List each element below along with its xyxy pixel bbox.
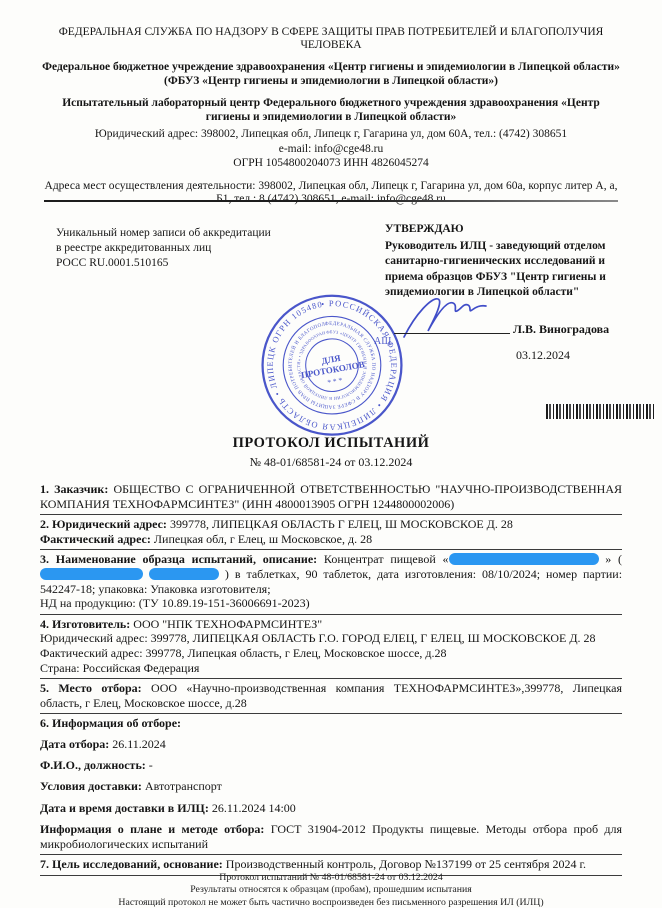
accreditation-line1: Уникальный номер записи об аккредитации <box>56 226 306 241</box>
stamp-initials-mark: АШ <box>374 336 391 347</box>
field-label: 3. Наименование образца испытаний, описа… <box>40 552 324 566</box>
section-line: Условия доставки: Автотранспорт <box>40 779 622 794</box>
field-label: 2. Юридический адрес: <box>40 517 170 531</box>
email-line: e-mail: info@cge48.ru <box>40 143 622 157</box>
section-line: 2. Юридический адрес: 399778, ЛИПЕЦКАЯ О… <box>40 517 622 532</box>
approval-title: УТВЕРЖДАЮ <box>385 222 632 238</box>
section-row-group: 3. Наименование образца испытаний, описа… <box>40 550 622 614</box>
stamp-stars: * * * <box>327 375 344 387</box>
footer-results-note: Результаты относятся к образцам (пробам)… <box>0 884 662 896</box>
section-line: Ф.И.О., должность: - <box>40 758 622 773</box>
section-row-group: 6. Информация об отборе:Дата отбора: 26.… <box>40 714 622 855</box>
federal-service-name: ФЕДЕРАЛЬНАЯ СЛУЖБА ПО НАДЗОРУ В СФЕРЕ ЗА… <box>40 26 622 52</box>
ogrn-inn-line: ОГРН 1054800204073 ИНН 4826045274 <box>40 157 622 171</box>
field-label: Фактический адрес: <box>40 532 154 546</box>
section-line: 7. Цель исследований, основание: Произво… <box>40 857 622 872</box>
signer-name: Л.В. Виноградова <box>513 322 609 337</box>
activity-addresses: Адреса мест осуществления деятельности: … <box>40 180 622 207</box>
barcode <box>546 404 656 419</box>
redaction-pill <box>149 568 219 580</box>
organization-name: Федеральное бюджетное учреждение здравоо… <box>40 61 622 88</box>
protocol-title-block: ПРОТОКОЛ ИСПЫТАНИЙ № 48-01/68581-24 от 0… <box>0 435 662 470</box>
accreditation-number: РОСС RU.0001.510165 <box>56 256 306 271</box>
section-line: 3. Наименование образца испытаний, описа… <box>40 552 622 596</box>
laboratory-center-name: Испытательный лабораторный центр Федерал… <box>40 97 622 124</box>
section-line: Дата и время доставки в ИЛЦ: 26.11.2024 … <box>40 801 622 816</box>
section-line: 1. Заказчик: ОБЩЕСТВО С ОГРАНИЧЕННОЙ ОТВ… <box>40 482 622 511</box>
section-row-group: 4. Изготовитель: ООО "НПК ТЕХНОФАРМСИНТЕ… <box>40 615 622 679</box>
letterhead: ФЕДЕРАЛЬНАЯ СЛУЖБА ПО НАДЗОРУ В СФЕРЕ ЗА… <box>40 26 622 207</box>
field-label: 5. Место отбора: <box>40 681 151 695</box>
field-label: 1. Заказчик: <box>40 482 113 496</box>
section-line: Юридический адрес: 399778, ЛИПЕЦКАЯ ОБЛА… <box>40 631 622 646</box>
section-line: Дата отбора: 26.11.2024 <box>40 737 622 752</box>
section-line: Фактический адрес: 399778, Липецкая обла… <box>40 646 622 661</box>
field-label: Ф.И.О., должность: <box>40 758 149 772</box>
field-label: 7. Цель исследований, основание: <box>40 857 226 871</box>
section-line: Страна: Российская Федерация <box>40 661 622 676</box>
field-label: Дата и время доставки в ИЛЦ: <box>40 801 212 815</box>
section-row-group: 2. Юридический адрес: 399778, ЛИПЕЦКАЯ О… <box>40 515 622 550</box>
section-line: 5. Место отбора: ООО «Научно-производств… <box>40 681 622 710</box>
footer-copy-restriction: Настоящий протокол не может быть частичн… <box>0 897 662 908</box>
field-label: Информация о плане и методе отбора: <box>40 822 271 836</box>
section-line: НД на продукцию: (ТУ 10.89.19-151-360066… <box>40 596 622 611</box>
field-label: Дата отбора: <box>40 737 112 751</box>
accreditation-line2: в реестре аккредитованных лиц <box>56 241 306 256</box>
page-footer: Протокол испытаний № 48-01/68581-24 от 0… <box>0 872 662 908</box>
section-row-group: 1. Заказчик: ОБЩЕСТВО С ОГРАНИЧЕННОЙ ОТВ… <box>40 480 622 515</box>
section-line: Информация о плане и методе отбора: ГОСТ… <box>40 822 622 851</box>
redaction-pill <box>449 553 599 565</box>
footer-protocol-ref: Протокол испытаний № 48-01/68581-24 от 0… <box>0 872 662 884</box>
redaction-pill <box>40 568 143 580</box>
section-line: 6. Информация об отборе: <box>40 716 622 731</box>
section-line: Фактический адрес: Липецкая обл, г Елец,… <box>40 532 622 547</box>
section-row-group: 5. Место отбора: ООО «Научно-производств… <box>40 679 622 714</box>
sections-table: 1. Заказчик: ОБЩЕСТВО С ОГРАНИЧЕННОЙ ОТВ… <box>40 480 622 876</box>
field-label: 6. Информация об отборе: <box>40 716 181 730</box>
protocol-number-line: № 48-01/68581-24 от 03.12.2024 <box>0 455 662 470</box>
signature-line <box>394 333 510 334</box>
approval-body: Руководитель ИЛЦ - заведующий отделом са… <box>385 239 632 301</box>
field-label: 4. Изготовитель: <box>40 617 133 631</box>
field-label: Условия доставки: <box>40 779 145 793</box>
accreditation-block: Уникальный номер записи об аккредитации … <box>56 226 306 271</box>
approval-date: 03.12.2024 <box>516 348 570 363</box>
section-line: 4. Изготовитель: ООО "НПК ТЕХНОФАРМСИНТЕ… <box>40 617 622 632</box>
protocol-title: ПРОТОКОЛ ИСПЫТАНИЙ <box>0 435 662 452</box>
legal-address: Юридический адрес: 398002, Липецкая обл,… <box>40 128 622 142</box>
approval-block: УТВЕРЖДАЮ Руководитель ИЛЦ - заведующий … <box>385 222 632 301</box>
header-divider <box>44 200 618 202</box>
document-page: ФЕДЕРАЛЬНАЯ СЛУЖБА ПО НАДЗОРУ В СФЕРЕ ЗА… <box>0 0 662 908</box>
round-stamp-for-protocols: • РОССИЙСКАЯ ФЕДЕРАЦИЯ • ЛИПЕЦКАЯ ОБЛАСТ… <box>251 292 413 444</box>
